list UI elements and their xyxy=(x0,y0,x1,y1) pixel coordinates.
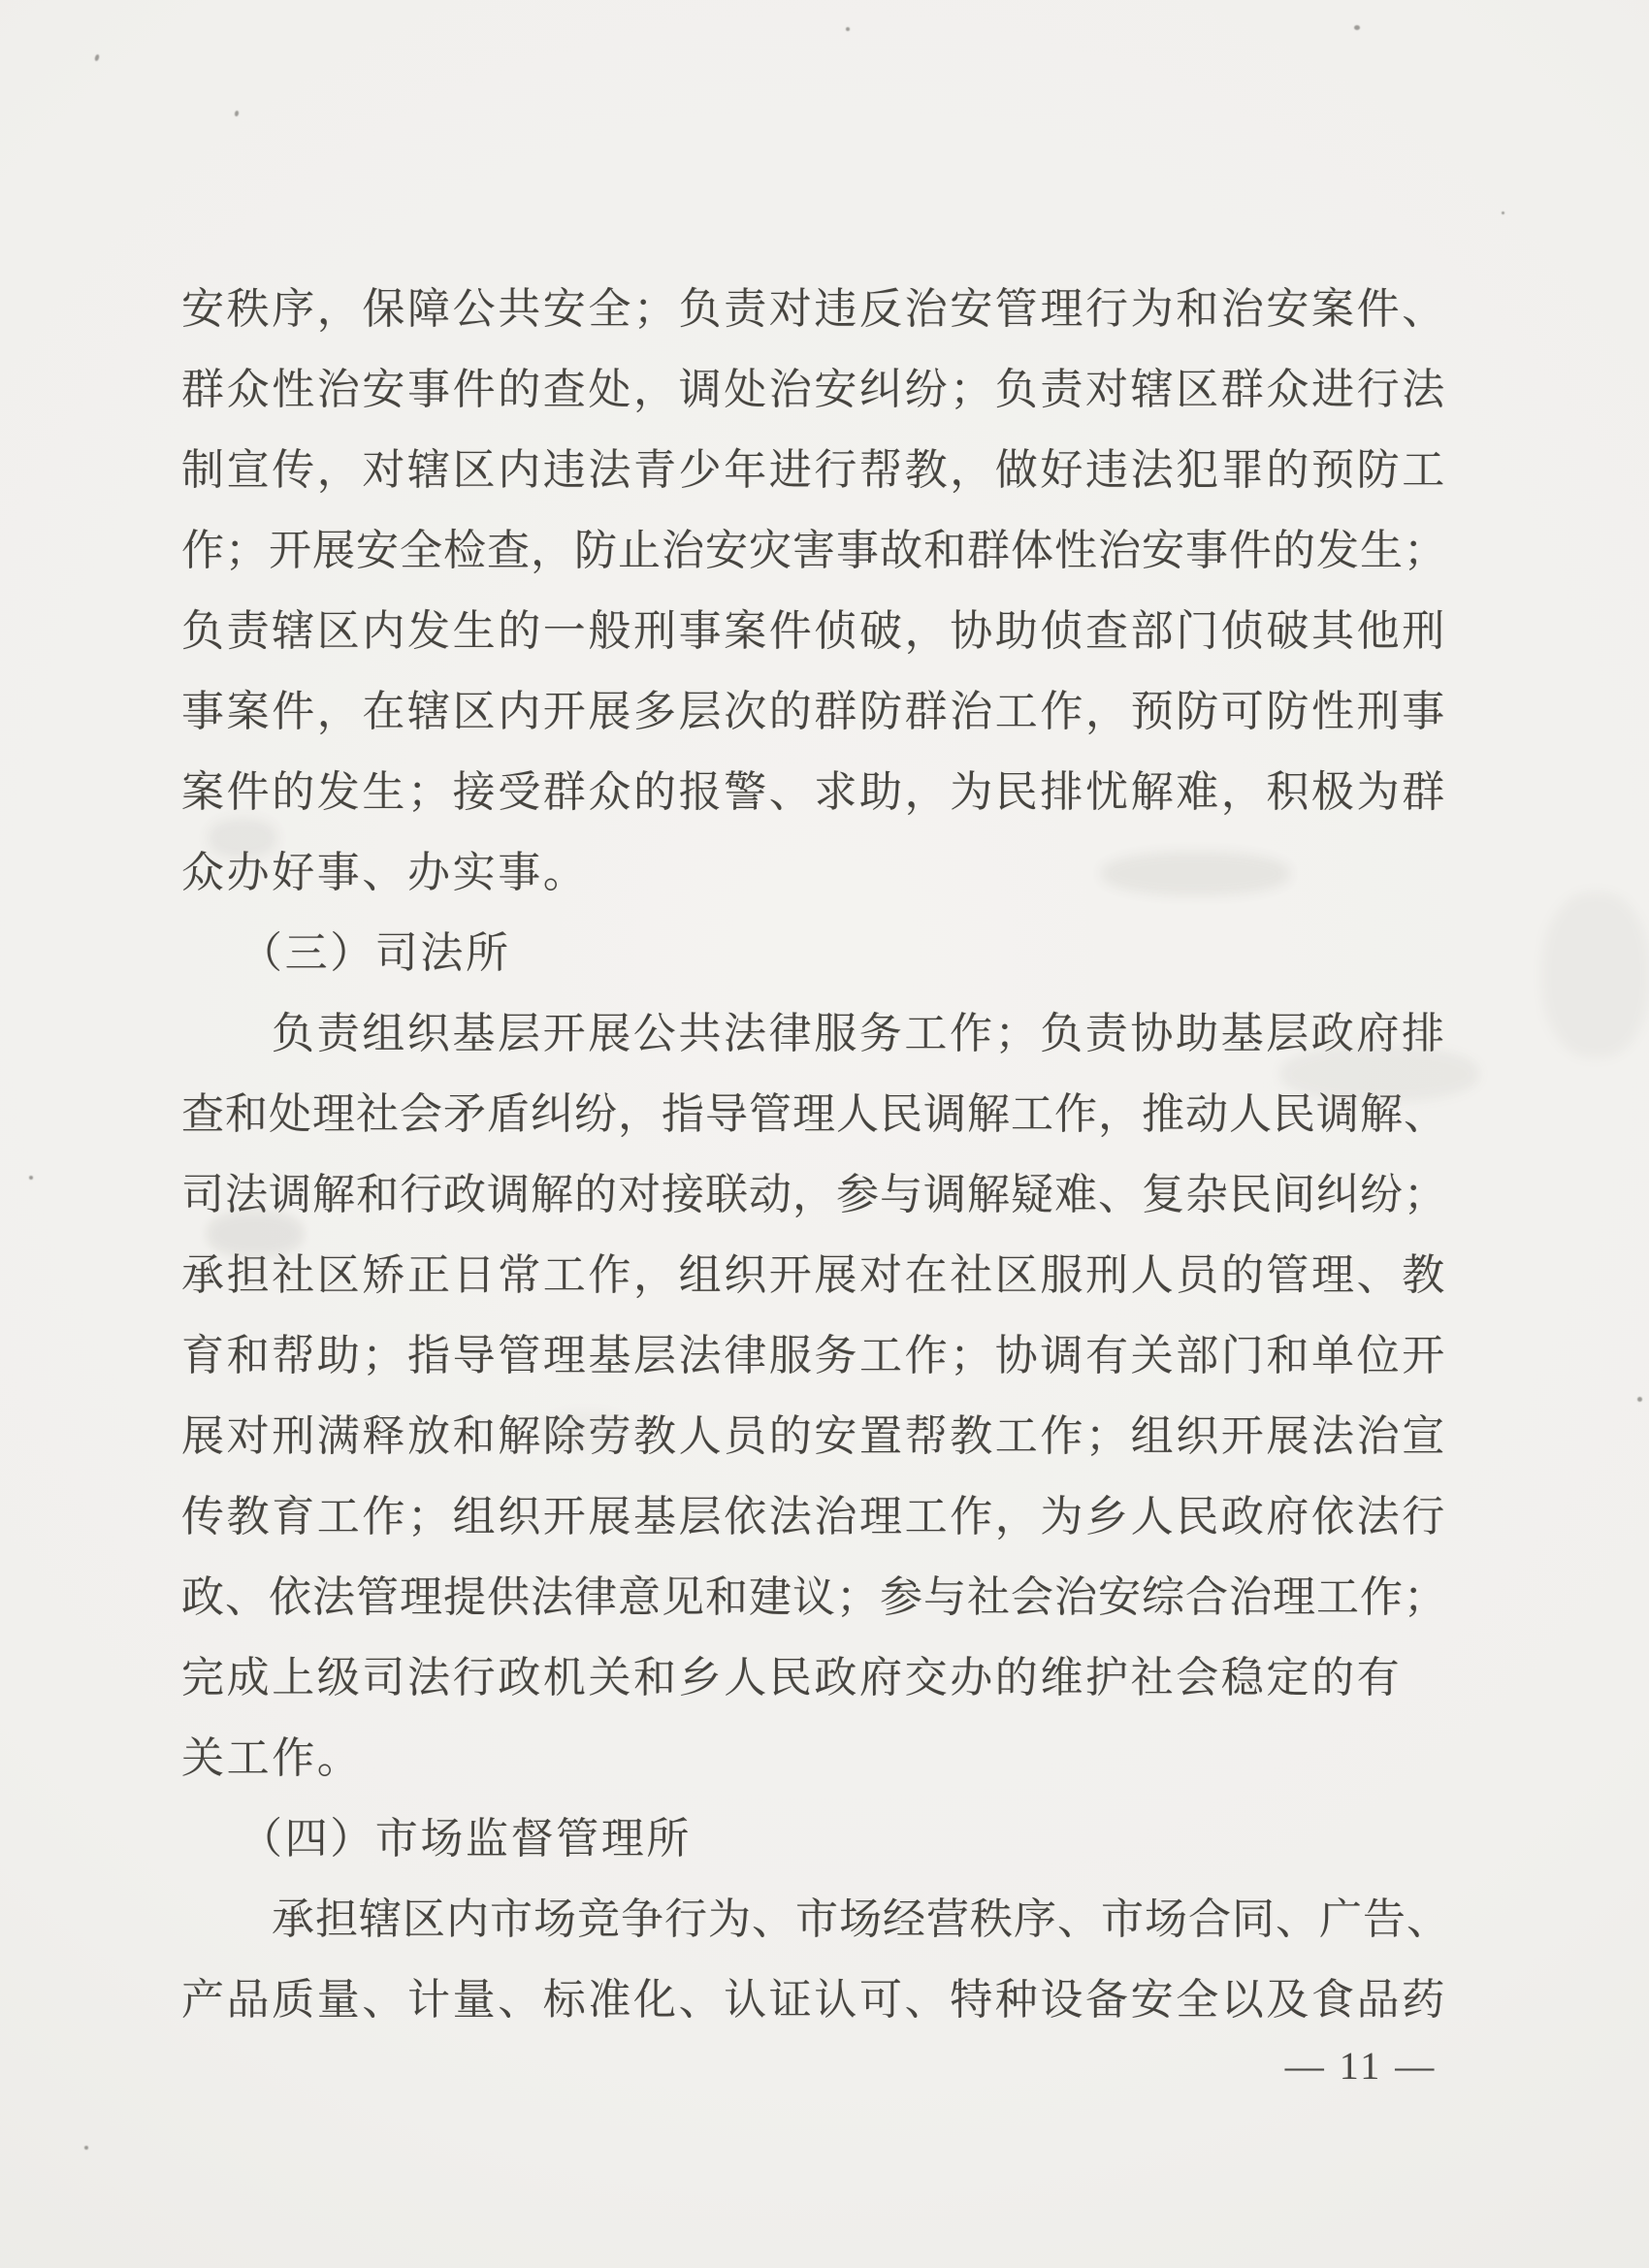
page-number: — 11 — xyxy=(1278,2039,1443,2093)
body-line: 关工作。 xyxy=(181,1718,1452,1798)
body-line: 司法调解和行政调解的对接联动，参与调解疑难、复杂民间纠纷； xyxy=(181,1154,1452,1235)
ink-bleed-artifact xyxy=(207,1211,304,1257)
body-line: 负责辖区内发生的一般刑事案件侦破，协助侦查部门侦破其他刑 xyxy=(181,591,1452,671)
scan-speck xyxy=(94,54,100,62)
body-line: 产品质量、计量、标准化、认证认可、特种设备安全以及食品药 xyxy=(181,1960,1452,2040)
scan-speck xyxy=(1637,1397,1642,1402)
body-line: 承担辖区内市场竞争行为、市场经营秩序、市场合同、广告、 xyxy=(181,1879,1452,1960)
scan-speck xyxy=(84,2146,88,2150)
scan-speck xyxy=(1502,211,1504,214)
ink-bleed-artifact xyxy=(543,1411,630,1450)
body-line: 负责组织基层开展公共法律服务工作；负责协助基层政府排 xyxy=(181,993,1452,1074)
scan-speck xyxy=(846,27,850,31)
body-line: 政、依法管理提供法律意见和建议；参与社会治安综合治理工作； xyxy=(181,1557,1452,1637)
scanned-document-page: 安秩序，保障公共安全；负责对违反治安管理行为和治安案件、 群众性治安事件的查处，… xyxy=(0,0,1649,2268)
ink-bleed-artifact xyxy=(208,818,277,859)
document-text-block: 安秩序，保障公共安全；负责对违反治安管理行为和治安案件、 群众性治安事件的查处，… xyxy=(181,269,1452,2040)
scan-speck xyxy=(29,1176,33,1180)
body-line: 育和帮助；指导管理基层法律服务工作；协调有关部门和单位开 xyxy=(181,1315,1452,1396)
body-line: 查和处理社会矛盾纠纷，指导管理人民调解工作，推动人民调解、 xyxy=(181,1074,1452,1154)
body-line: 安秩序，保障公共安全；负责对违反治安管理行为和治安案件、 xyxy=(181,269,1452,349)
body-line: 群众性治安事件的查处，调处治安纠纷；负责对辖区群众进行法 xyxy=(181,349,1452,430)
scan-speck xyxy=(234,111,239,117)
section-heading-market-supervision-office: （四）市场监督管理所 xyxy=(181,1798,1452,1879)
body-line: 完成上级司法行政机关和乡人民政府交办的维护社会稳定的有 xyxy=(181,1637,1452,1718)
body-line: 案件的发生；接受群众的报警、求助，为民排忧解难，积极为群 xyxy=(181,752,1452,832)
body-line: 制宣传，对辖区内违法青少年进行帮教，做好违法犯罪的预防工 xyxy=(181,430,1452,510)
body-line: 承担社区矫正日常工作，组织开展对在社区服刑人员的管理、教 xyxy=(181,1235,1452,1315)
body-line: 事案件，在辖区内开展多层次的群防群治工作，预防可防性刑事 xyxy=(181,671,1452,752)
ink-bleed-artifact xyxy=(1101,852,1290,895)
body-line: 展对刑满释放和解除劳教人员的安置帮教工作；组织开展法治宣 xyxy=(181,1396,1452,1476)
ink-bleed-artifact xyxy=(1280,1046,1479,1102)
section-heading-judicial-office: （三）司法所 xyxy=(181,913,1452,993)
body-line: 传教育工作；组织开展基层依法治理工作，为乡人民政府依法行 xyxy=(181,1476,1452,1557)
body-line: 作；开展安全检查，防止治安灾害事故和群体性治安事件的发生； xyxy=(181,510,1452,591)
scan-speck xyxy=(1354,25,1360,30)
ink-bleed-artifact xyxy=(1542,892,1649,1057)
